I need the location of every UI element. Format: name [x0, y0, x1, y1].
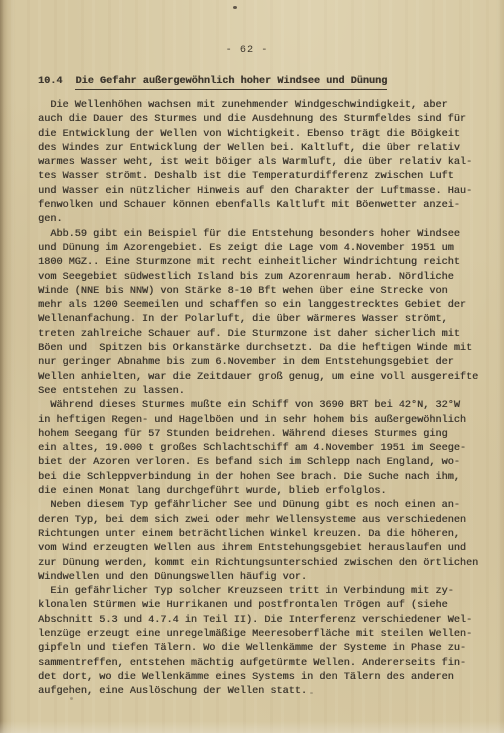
- section-title: Die Gefahr außergewöhnlich hoher Windsee…: [75, 76, 387, 90]
- text-line: in heftigen Regen- und Hagelböen und in …: [38, 414, 504, 428]
- text-line: deren Typ, bei dem sich zwei oder mehr W…: [38, 514, 504, 528]
- text-line: ein altes, 19.000 t großes Schlachtschif…: [38, 442, 504, 456]
- text-line: mehr als 1200 Seemeilen und schaffen so …: [38, 299, 504, 313]
- text-line: Während dieses Sturmes mußte ein Schiff …: [38, 399, 504, 413]
- text-line: Wellenanfachung. In der Polarluft, die ü…: [38, 313, 504, 327]
- text-line: und Wasser ein nützlicher Hinweis auf de…: [38, 185, 504, 199]
- text-line: tes Wasser strömt. Deshalb ist die Tempe…: [38, 170, 504, 184]
- text-line: warmes Wasser weht, ist weit böiger als …: [38, 156, 504, 170]
- text-line: fenwolken und Schauer können ebenfalls K…: [38, 199, 504, 213]
- text-line: Die Wellenhöhen wachsen mit zunehmender …: [38, 99, 504, 113]
- text-line: Abschnitt 5.3 und 4.7.4 in Teil II). Die…: [38, 614, 504, 628]
- text-line: vom Wind erzeugten Wellen aus ihrem Ents…: [38, 542, 504, 556]
- text-line: aufgehen, eine Auslöschung der Wellen st…: [38, 685, 504, 699]
- text-line: Windwellen und den Dünungswellen häufig …: [38, 571, 504, 585]
- text-line: sammentreffen, entstehen mächtig aufgetü…: [38, 657, 504, 671]
- text-line: und Dünung im Azorengebiet. Es zeigt die…: [38, 242, 504, 256]
- section-heading: 10.4Die Gefahr außergewöhnlich hoher Win…: [38, 76, 387, 87]
- text-line: Böen und Spitzen bis Orkanstärke durchse…: [38, 342, 504, 356]
- text-line: hohem Seegang für 57 Stunden beidrehen. …: [38, 428, 504, 442]
- text-line: klonalen Stürmen wie Hurrikanen und post…: [38, 599, 504, 613]
- text-line: det dort, wo die Wellenkämme eines Syste…: [38, 671, 504, 685]
- text-line: lenzüge erzeugt eine unregelmäßige Meere…: [38, 628, 504, 642]
- page-body: Die Wellenhöhen wachsen mit zunehmender …: [38, 99, 504, 699]
- scan-bottom-edge: [0, 721, 504, 733]
- text-line: gipfeln und tiefen Tälern. Wo die Wellen…: [38, 642, 504, 656]
- text-line: Wellen anhielten, war die Zeitdauer groß…: [38, 371, 504, 385]
- text-line: auch die Dauer des Sturmes und die Ausde…: [38, 113, 504, 127]
- text-line: nur geringer Abnahme bis zum 6.November …: [38, 356, 504, 370]
- text-line: See entstehen zu lassen.: [38, 385, 504, 399]
- ink-speck: [233, 6, 237, 9]
- text-line: die Entwicklung der Wellen von Wichtigke…: [38, 128, 504, 142]
- section-number: 10.4: [38, 76, 62, 87]
- text-line: gen.: [38, 213, 504, 227]
- text-line: vom Seegebiet südwestlich Island bis zum…: [38, 271, 504, 285]
- text-line: bei die Schleppverbindung in der hohen S…: [38, 471, 504, 485]
- text-line: zur Dünung werden, kommt ein Richtungsun…: [38, 557, 504, 571]
- page-number: - 62 -: [0, 45, 494, 56]
- scan-left-edge-shadow: [0, 0, 16, 733]
- text-line: Richtungen unter einem beträchtlichen Wi…: [38, 528, 504, 542]
- document-page: - 62 - 10.4Die Gefahr außergewöhnlich ho…: [0, 0, 504, 733]
- text-line: die einen Monat lang durchgeführt wurde,…: [38, 485, 504, 499]
- text-line: Winde (NNE bis NNW) von Stärke 8-10 Bft …: [38, 285, 504, 299]
- text-line: 1800 MGZ.. Eine Sturmzone mit recht einh…: [38, 256, 504, 270]
- text-line: Neben diesem Typ gefährlicher See und Dü…: [38, 499, 504, 513]
- text-line: Ein gefährlicher Typ solcher Kreuzseen t…: [38, 585, 504, 599]
- text-line: Abb.59 gibt ein Beispiel für die Entsteh…: [38, 228, 504, 242]
- text-line: des Windes zur Entwicklung der Wellen be…: [38, 142, 504, 156]
- text-line: treten zahlreiche Schauer auf. Die Sturm…: [38, 328, 504, 342]
- text-line: biet der Azoren verloren. Es befand sich…: [38, 456, 504, 470]
